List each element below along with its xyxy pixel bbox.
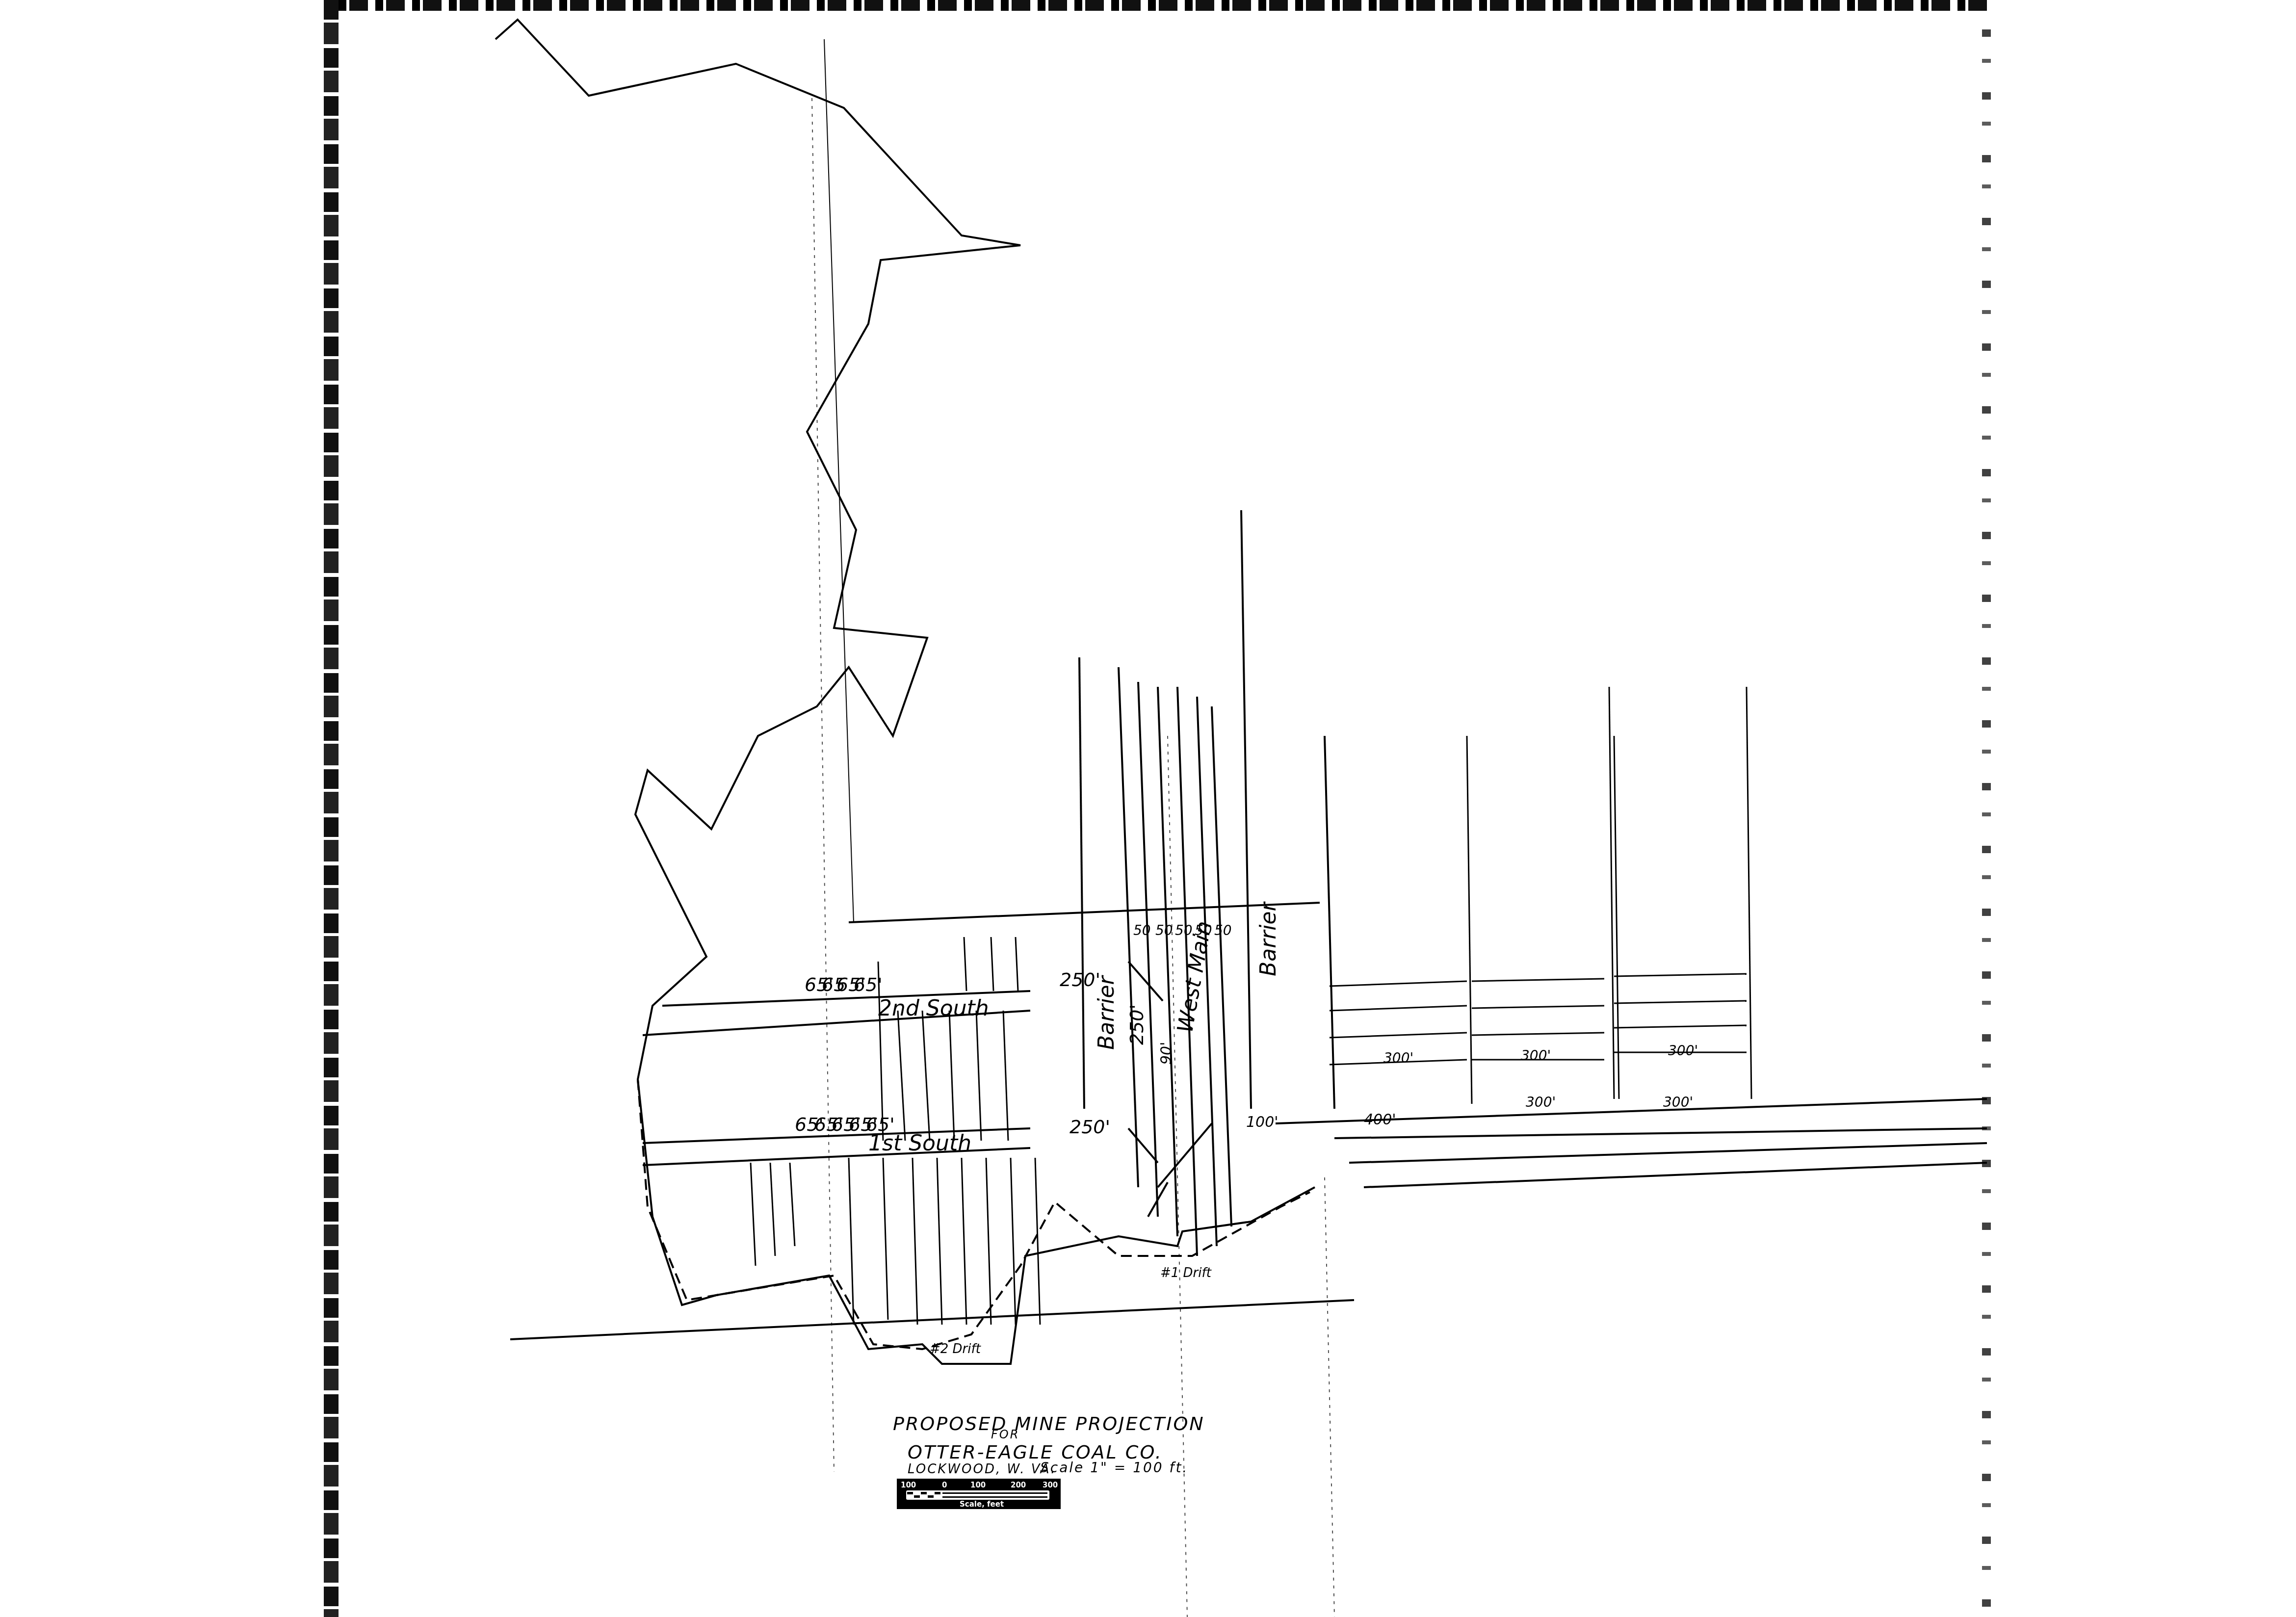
dim-2s-4: 65' (854, 974, 883, 995)
west-main-entries (1119, 667, 1231, 1256)
right-panel-rooms (1330, 687, 1751, 1104)
title-line-4-left: LOCKWOOD, W. VA. (908, 1462, 1056, 1477)
scale-caption: Scale, feet (960, 1500, 1004, 1509)
label-drift-2: #2 Drift (930, 1342, 981, 1356)
dim-rp-3: 300' (1668, 1043, 1698, 1059)
dim-main-run: 400' (1364, 1111, 1396, 1128)
dim-rp-1: 300' (1383, 1050, 1413, 1066)
dim-wm-2: 50 (1155, 922, 1173, 939)
scale-tick-300: 300 (1043, 1481, 1058, 1489)
dim-rp-2: 300' (1521, 1047, 1551, 1064)
dim-junction: 100' (1246, 1114, 1278, 1131)
label-barrier-2: Barrier (1256, 902, 1281, 976)
dim-wm-3: 50 (1175, 922, 1193, 939)
dim-wm-interval: 90' (1158, 1042, 1175, 1065)
dim-wm-4: 50 (1195, 922, 1212, 939)
label-drift-1: #1 Drift (1160, 1266, 1211, 1280)
dim-wm-barrier: 250' (1126, 1004, 1148, 1045)
mine-projection-drawing (0, 0, 2296, 1617)
dim-1s-length: 250' (1070, 1116, 1110, 1138)
property-boundary-dashed (638, 1079, 1310, 1349)
scale-tick-0: 0 (942, 1481, 947, 1489)
scale-tick-100-neg: 100 (901, 1481, 916, 1489)
dim-2s-length: 250' (1060, 969, 1100, 991)
property-boundary (496, 20, 1315, 1364)
dim-wm-5: 50 (1214, 922, 1232, 939)
title-line-2: FOR (991, 1428, 1019, 1441)
label-second-south: 2nd South (878, 996, 989, 1021)
title-line-1: PROPOSED MINE PROJECTION (893, 1413, 1205, 1434)
title-line-4-right: Scale 1" = 100 ft. (1040, 1460, 1188, 1476)
scale-tick-200: 200 (1011, 1481, 1026, 1489)
second-south-rooms (878, 937, 1018, 1141)
map-sheet: 2nd South 1st South West Main Barrier Ba… (0, 0, 2296, 1617)
dim-1s-5: 65' (866, 1114, 895, 1135)
scale-tick-100: 100 (970, 1481, 986, 1489)
dim-wm-1: 50 (1133, 922, 1151, 939)
scale-bar-graduations (906, 1490, 1049, 1500)
scale-bar: 100 0 100 200 300 Scale, feet (897, 1479, 1061, 1509)
title-block: PROPOSED MINE PROJECTION FOR OTTER-EAGLE… (893, 1413, 1168, 1487)
dim-rp-5: 300' (1663, 1094, 1693, 1110)
dim-rp-4: 300' (1526, 1094, 1556, 1110)
